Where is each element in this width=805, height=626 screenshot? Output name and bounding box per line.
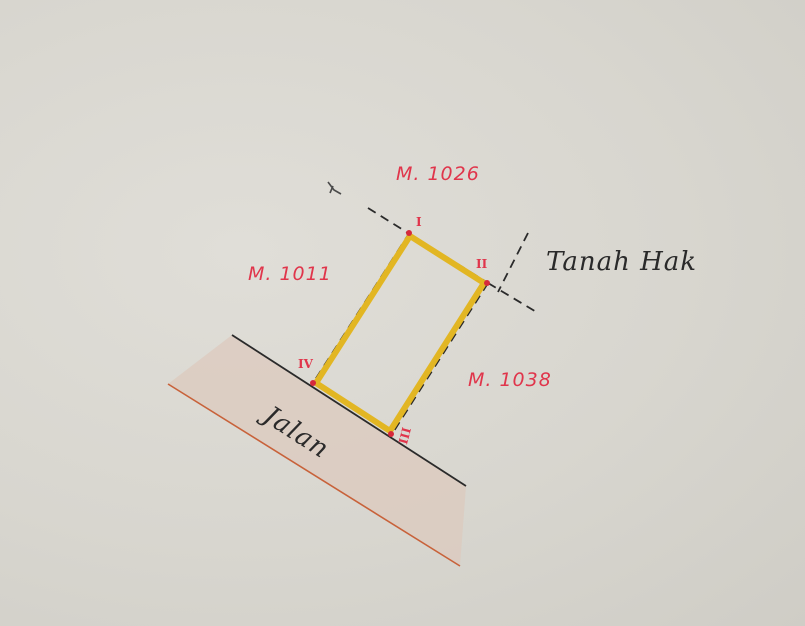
parcel-diagram: I II III IV M. 1026 M. 1011 M. 1038 Tana… — [0, 0, 805, 626]
neighbor-land-label: Tanah Hak — [546, 247, 697, 277]
corner-label-iii: III — [396, 426, 414, 446]
corner-point-i — [406, 230, 412, 236]
lot-label-north: M. 1026 — [396, 163, 480, 185]
corner-label-ii: II — [476, 257, 488, 271]
lot-label-west: M. 1011 — [248, 263, 332, 285]
corner-point-ii — [484, 280, 490, 286]
corner-label-iv: IV — [298, 357, 314, 371]
lot-label-east: M. 1038 — [468, 369, 552, 391]
land-sketch-sheet: I II III IV M. 1026 M. 1011 M. 1038 Tana… — [0, 0, 805, 626]
corner-point-iv — [310, 380, 316, 386]
pencil-mark — [328, 182, 341, 194]
parcel-outline — [316, 236, 484, 431]
corner-label-i: I — [416, 215, 422, 229]
corner-point-iii — [388, 431, 394, 437]
